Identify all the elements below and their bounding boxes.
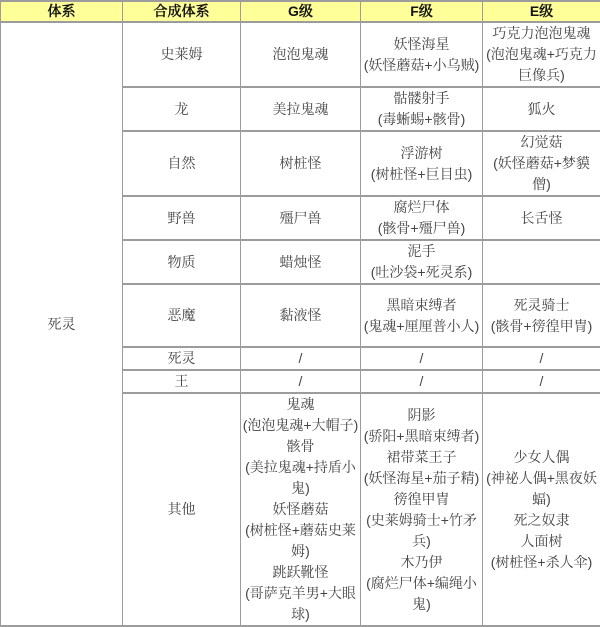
g-rank-cell: 泡泡鬼魂	[241, 22, 361, 87]
system-cell-undead: 死灵	[1, 22, 123, 626]
category-cell: 恶魔	[123, 284, 241, 347]
e-rank-cell: 幻觉菇 (妖怪蘑菇+梦貘僧)	[483, 131, 600, 196]
synthesis-table: 体系 合成体系 G级 F级 E级 死灵 史莱姆 泡泡鬼魂 妖怪海星 (妖怪蘑菇+…	[0, 0, 600, 627]
category-cell: 史莱姆	[123, 22, 241, 87]
f-rank-cell: /	[361, 370, 483, 393]
e-rank-cell	[483, 240, 600, 284]
e-rank-cell: /	[483, 370, 600, 393]
table-header: 体系 合成体系 G级 F级 E级	[1, 1, 600, 22]
header-cell-f-rank: F级	[361, 1, 483, 22]
f-rank-cell: /	[361, 347, 483, 370]
header-cell-e-rank: E级	[483, 1, 600, 22]
category-cell: 王	[123, 370, 241, 393]
g-rank-cell: /	[241, 370, 361, 393]
f-rank-cell: 骷髅射手 (毒蜥蜴+骸骨)	[361, 87, 483, 131]
g-rank-cell: 黏液怪	[241, 284, 361, 347]
header-cell-synth-system: 合成体系	[123, 1, 241, 22]
e-rank-cell: 巧克力泡泡鬼魂 (泡泡鬼魂+巧克力巨像兵)	[483, 22, 600, 87]
page: 体系 合成体系 G级 F级 E级 死灵 史莱姆 泡泡鬼魂 妖怪海星 (妖怪蘑菇+…	[0, 0, 600, 627]
category-cell: 自然	[123, 131, 241, 196]
g-rank-cell: 树桩怪	[241, 131, 361, 196]
table-body: 死灵 史莱姆 泡泡鬼魂 妖怪海星 (妖怪蘑菇+小乌贼) 巧克力泡泡鬼魂 (泡泡鬼…	[1, 22, 600, 626]
e-rank-cell: /	[483, 347, 600, 370]
category-cell: 野兽	[123, 196, 241, 240]
f-rank-cell: 妖怪海星 (妖怪蘑菇+小乌贼)	[361, 22, 483, 87]
f-rank-cell: 腐烂尸体 (骸骨+殭尸兽)	[361, 196, 483, 240]
category-cell: 死灵	[123, 347, 241, 370]
f-rank-cell: 黑暗束缚者 (鬼魂+厘厘普小人)	[361, 284, 483, 347]
category-cell: 物质	[123, 240, 241, 284]
f-rank-cell: 浮游树 (树桩怪+巨目虫)	[361, 131, 483, 196]
table-row-slime: 死灵 史莱姆 泡泡鬼魂 妖怪海星 (妖怪蘑菇+小乌贼) 巧克力泡泡鬼魂 (泡泡鬼…	[1, 22, 600, 87]
e-rank-cell: 长舌怪	[483, 196, 600, 240]
e-rank-cell: 死灵骑士 (骸骨+徬徨甲冑)	[483, 284, 600, 347]
header-cell-g-rank: G级	[241, 1, 361, 22]
header-cell-system: 体系	[1, 1, 123, 22]
g-rank-cell: 美拉鬼魂	[241, 87, 361, 131]
f-rank-cell: 泥手 (吐沙袋+死灵系)	[361, 240, 483, 284]
category-cell: 其他	[123, 393, 241, 626]
g-rank-cell: /	[241, 347, 361, 370]
e-rank-cell: 少女人偶 (神祕人偶+黑夜妖蝠) 死之奴隶 人面树 (树桩怪+杀人伞)	[483, 393, 600, 626]
g-rank-cell: 殭尸兽	[241, 196, 361, 240]
g-rank-cell: 蜡烛怪	[241, 240, 361, 284]
category-cell: 龙	[123, 87, 241, 131]
f-rank-cell: 阴影 (骄阳+黑暗束缚者) 裙带菜王子 (妖怪海星+茄子精) 徬徨甲冑 (史莱姆…	[361, 393, 483, 626]
e-rank-cell: 狐火	[483, 87, 600, 131]
header-row: 体系 合成体系 G级 F级 E级	[1, 1, 600, 22]
g-rank-cell: 鬼魂 (泡泡鬼魂+大帽子) 骸骨 (美拉鬼魂+持盾小鬼) 妖怪蘑菇 (树桩怪+蘑…	[241, 393, 361, 626]
